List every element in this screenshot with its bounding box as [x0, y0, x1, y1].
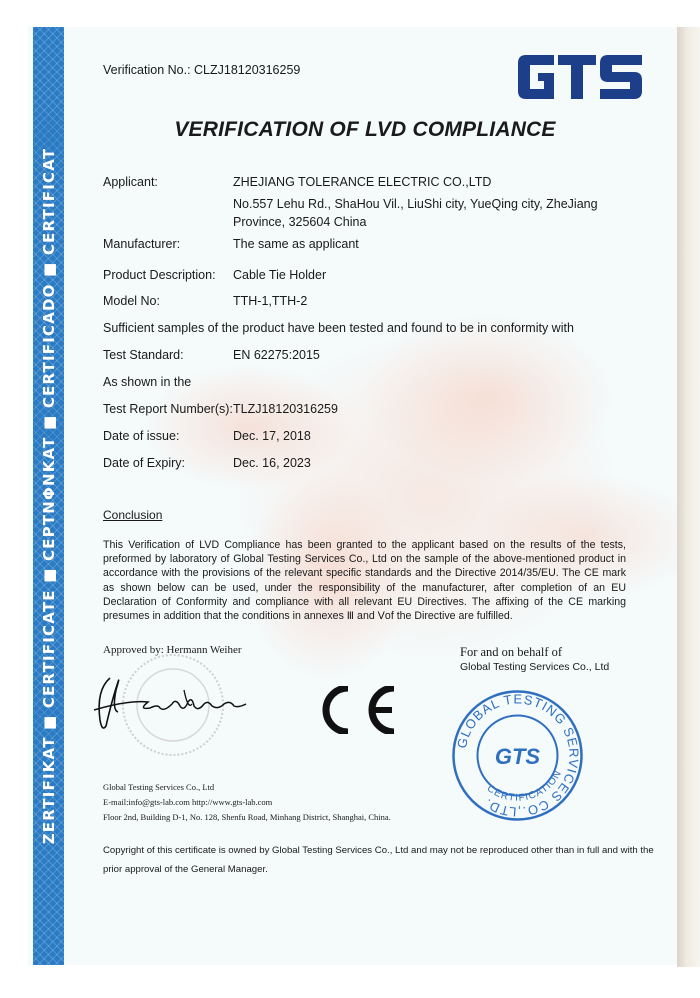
product-value: Cable Tie Holder	[233, 268, 326, 282]
conformity-statement: Sufficient samples of the product have b…	[103, 321, 574, 335]
issue-date-label: Date of issue:	[103, 429, 179, 443]
on-behalf-line-2: Global Testing Services Co., Ltd	[460, 661, 609, 673]
certificate-border-strip: ZERTIFIKAT ■ CERTIFICATE ■ CEPTNΦNKAT ■ …	[33, 27, 64, 965]
manufacturer-label: Manufacturer:	[103, 237, 180, 251]
on-behalf-line-1: For and on behalf of	[460, 645, 562, 660]
standard-value: EN 62275:2015	[233, 348, 320, 362]
seal-center-text: GTS	[495, 744, 541, 769]
conclusion-body: This Verification of LVD Compliance has …	[103, 538, 626, 623]
company-name: Global Testing Services Co., Ltd	[103, 782, 214, 792]
document-title: VERIFICATION OF LVD COMPLIANCE	[0, 118, 700, 142]
certificate-paper	[28, 27, 680, 965]
expiry-date-value: Dec. 16, 2023	[233, 456, 311, 470]
company-contact: E-mail:info@gts-lab.com http://www.gts-l…	[103, 797, 272, 807]
gts-certification-seal-icon: GLOBAL TESTING SERVICES CO.,LTD. CERTIFI…	[450, 688, 585, 823]
report-value: TLZJ18120316259	[233, 402, 338, 416]
report-label: Test Report Number(s):	[103, 402, 233, 416]
conclusion-heading: Conclusion	[103, 508, 162, 522]
expiry-date-label: Date of Expiry:	[103, 456, 185, 470]
model-label: Model No:	[103, 294, 160, 308]
copyright-line-1: Copyright of this certificate is owned b…	[103, 845, 654, 856]
applicant-address-line-1: No.557 Lehu Rd., ShaHou Vil., LiuShi cit…	[233, 197, 598, 211]
model-value: TTH-1,TTH-2	[233, 294, 307, 308]
ce-mark-icon	[322, 686, 398, 734]
verification-number: Verification No.: CLZJ18120316259	[103, 63, 300, 77]
company-address: Floor 2nd, Building D-1, No. 128, Shenfu…	[103, 812, 391, 822]
border-text: ZERTIFIKAT ■ CERTIFICATE ■ CEPTNΦNKAT ■ …	[40, 148, 58, 845]
applicant-address-line-2: Province, 325604 China	[233, 215, 366, 229]
shown-in-text: As shown in the	[103, 375, 191, 389]
gts-logo-icon	[516, 53, 644, 101]
applicant-label: Applicant:	[103, 175, 158, 189]
copyright-line-2: prior approval of the General Manager.	[103, 864, 268, 875]
issue-date-value: Dec. 17, 2018	[233, 429, 311, 443]
paper-edge-shadow	[677, 27, 700, 967]
signature-icon	[88, 660, 268, 740]
manufacturer-value: The same as applicant	[233, 237, 359, 251]
standard-label: Test Standard:	[103, 348, 184, 362]
applicant-name: ZHEJIANG TOLERANCE ELECTRIC CO.,LTD	[233, 175, 491, 189]
product-label: Product Description:	[103, 268, 216, 282]
